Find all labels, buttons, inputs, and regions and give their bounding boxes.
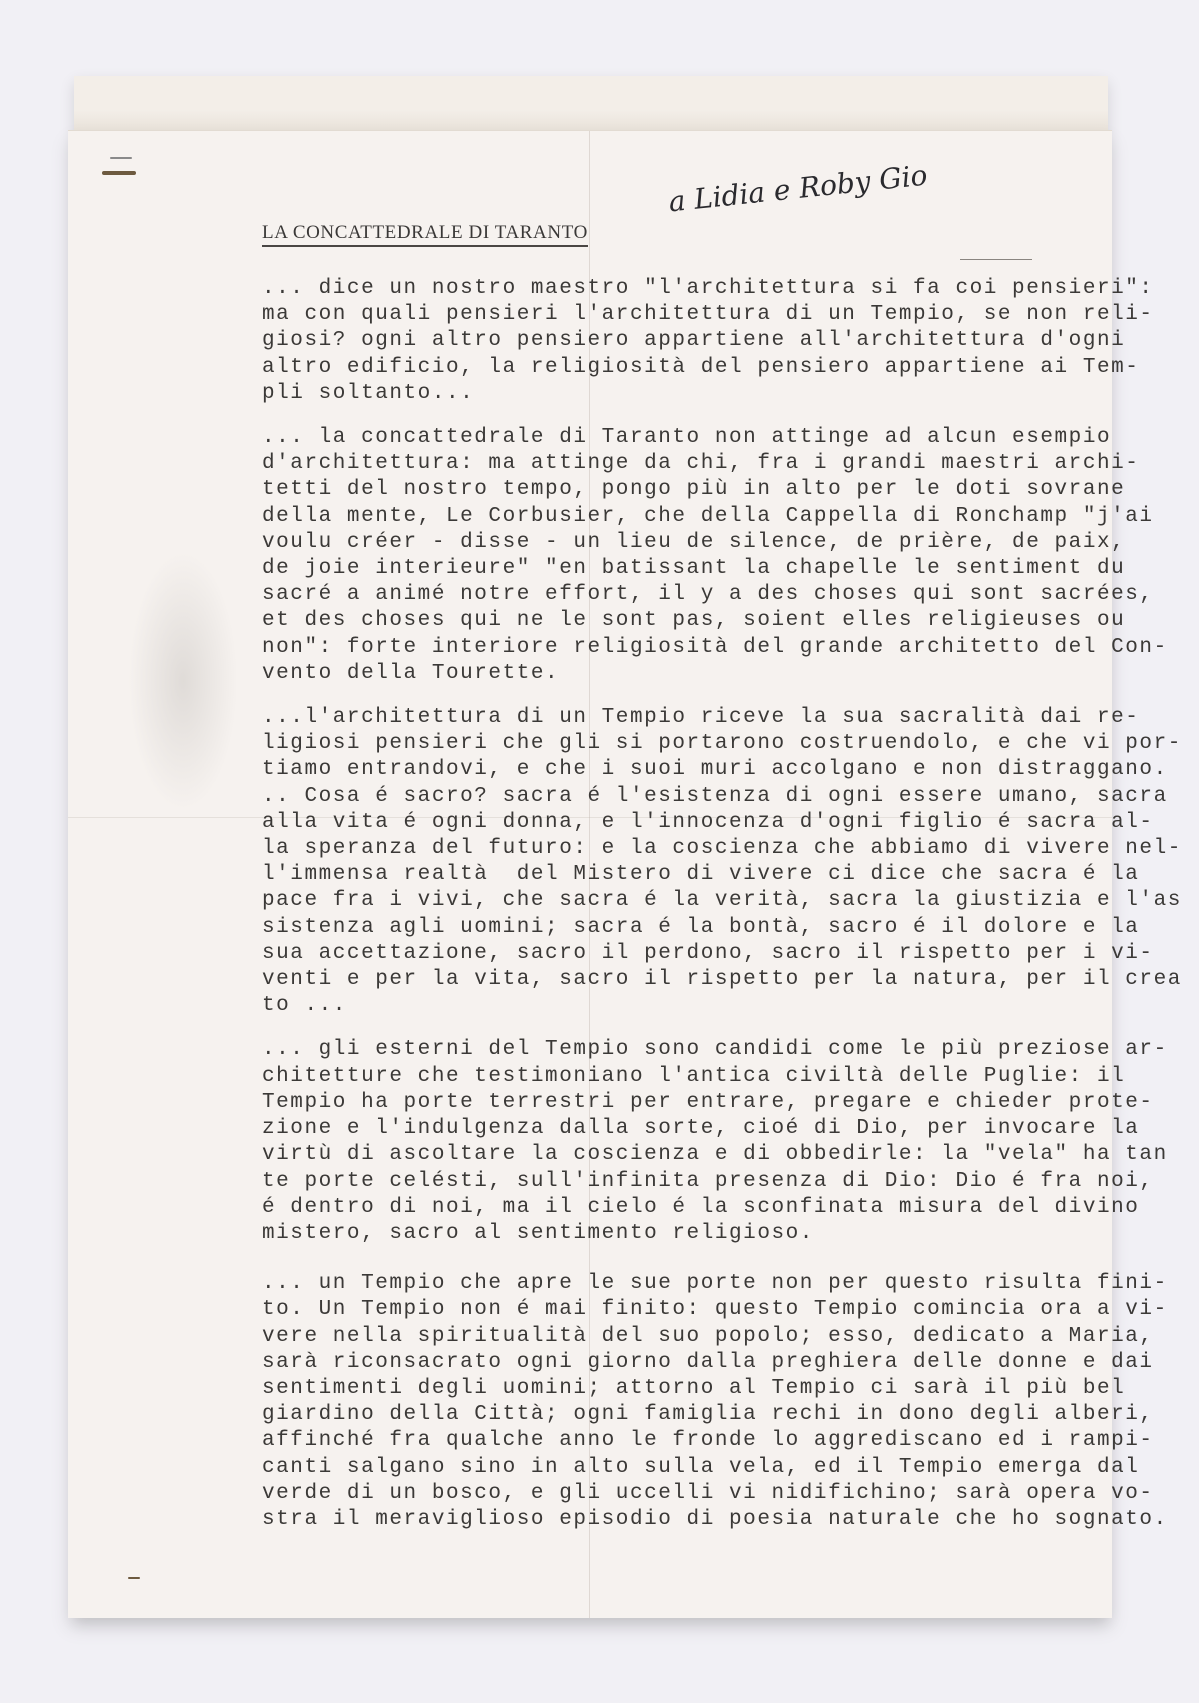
text-line: virtù di ascoltare la coscienza e di obb… xyxy=(262,1143,1168,1166)
text-line: voulu créer - disse - un lieu de silence… xyxy=(262,531,1125,554)
staple-remnant-icon xyxy=(128,1577,140,1579)
text-line: l'immensa realtà del Mistero di vivere c… xyxy=(262,863,1139,886)
text-line: zione e l'indulgenza dalla sorte, cioé d… xyxy=(262,1117,1139,1140)
staple-mark-icon xyxy=(110,157,132,159)
text-line: altro edificio, la religiosità del pensi… xyxy=(262,356,1139,379)
text-line: affinché fra qualche anno le fronde lo a… xyxy=(262,1429,1154,1452)
paragraph: ... dice un nostro maestro "l'architettu… xyxy=(262,276,1082,407)
text-line: mistero, sacro al sentimento religioso. xyxy=(262,1222,814,1245)
text-line: sistenza agli uomini; sacra é la bontà, … xyxy=(262,916,1139,939)
text-line: giardino della Città; ogni famiglia rech… xyxy=(262,1403,1154,1426)
text-line: alla vita é ogni donna, e l'innocenza d'… xyxy=(262,811,1154,834)
text-line: vento della Tourette. xyxy=(262,662,559,685)
text-line: vere nella spiritualità del suo popolo; … xyxy=(262,1325,1154,1348)
document-body: ... dice un nostro maestro "l'architettu… xyxy=(262,276,1082,1551)
text-line: verde di un bosco, e gli uccelli vi nidi… xyxy=(262,1482,1154,1505)
text-line: canti salgano sino in alto sulla vela, e… xyxy=(262,1456,1139,1479)
paragraph: ... la concattedrale di Taranto non atti… xyxy=(262,425,1082,687)
text-line: pace fra i vivi, che sacra é la verità, … xyxy=(262,889,1182,912)
text-line: chitetture che testimoniano l'antica civ… xyxy=(262,1065,1125,1088)
text-line: é dentro di noi, ma il cielo é la sconfi… xyxy=(262,1196,1139,1219)
signature-underline xyxy=(960,259,1032,260)
text-line: Tempio ha porte terrestri per entrare, p… xyxy=(262,1091,1154,1114)
text-line: pli soltanto... xyxy=(262,382,474,405)
paragraph: ... un Tempio che apre le sue porte non … xyxy=(262,1271,1082,1533)
text-line: te porte celésti, sull'infinita presenza… xyxy=(262,1170,1154,1193)
text-line: della mente, Le Corbusier, che della Cap… xyxy=(262,505,1154,528)
text-line: la speranza del futuro: e la coscienza c… xyxy=(262,837,1182,860)
rusty-staple-icon xyxy=(102,171,136,175)
document-title: LA CONCATTEDRALE DI TARANTO xyxy=(262,222,588,247)
text-line: ...l'architettura di un Tempio riceve la… xyxy=(262,706,1139,729)
text-line: venti e per la vita, sacro il rispetto p… xyxy=(262,968,1182,991)
paragraph: ...l'architettura di un Tempio riceve la… xyxy=(262,705,1082,1019)
text-line: .. Cosa é sacro? sacra é l'esistenza di … xyxy=(262,785,1168,808)
text-line: tiamo entrandovi, e che i suoi muri acco… xyxy=(262,758,1168,781)
text-line: ... un Tempio che apre le sue porte non … xyxy=(262,1272,1168,1295)
paragraph: ... gli esterni del Tempio sono candidi … xyxy=(262,1037,1082,1247)
text-line: non": forte interiore religiosità del gr… xyxy=(262,636,1168,659)
text-line: ... gli esterni del Tempio sono candidi … xyxy=(262,1038,1168,1061)
text-line: de joie interieure" "en batissant la cha… xyxy=(262,557,1125,580)
text-line: d'architettura: ma attinge da chi, fra i… xyxy=(262,452,1139,475)
text-line: to ... xyxy=(262,994,347,1017)
text-line: sua accettazione, sacro il perdono, sacr… xyxy=(262,942,1154,965)
text-line: giosi? ogni altro pensiero appartiene al… xyxy=(262,329,1125,352)
text-line: ... dice un nostro maestro "l'architettu… xyxy=(262,277,1154,300)
ink-smudge xyxy=(128,551,238,811)
text-line: et des choses qui ne le sont pas, soient… xyxy=(262,609,1125,632)
text-line: sacré a animé notre effort, il y a des c… xyxy=(262,583,1154,606)
text-line: ... la concattedrale di Taranto non atti… xyxy=(262,426,1111,449)
text-line: sarà riconsacrato ogni giorno dalla preg… xyxy=(262,1351,1154,1374)
text-line: to. Un Tempio non é mai finito: questo T… xyxy=(262,1298,1168,1321)
text-line: ligiosi pensieri che gli si portarono co… xyxy=(262,732,1182,755)
text-line: sentimenti degli uomini; attorno al Temp… xyxy=(262,1377,1125,1400)
text-line: ma con quali pensieri l'architettura di … xyxy=(262,303,1154,326)
text-line: tetti del nostro tempo, pongo più in alt… xyxy=(262,478,1125,501)
text-line: stra il meraviglioso episodio di poesia … xyxy=(262,1508,1168,1531)
